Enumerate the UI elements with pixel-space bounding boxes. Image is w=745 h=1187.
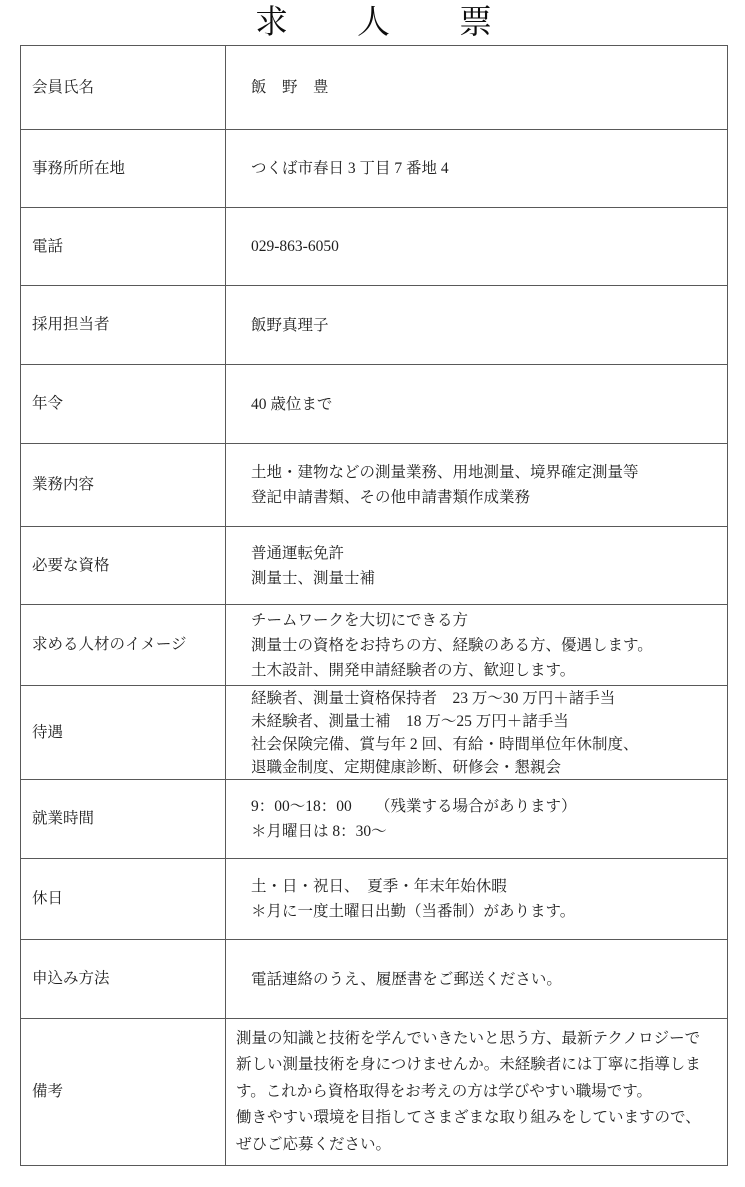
row-value: 飯野真理子 bbox=[226, 286, 727, 364]
value-line: ぜひご応募ください。 bbox=[236, 1132, 719, 1159]
row-value: チームワークを大切にできる方 測量士の資格をお持ちの方、経験のある方、優遇します… bbox=[226, 605, 727, 685]
row-label: 必要な資格 bbox=[21, 527, 226, 604]
row-label: 就業時間 bbox=[21, 780, 226, 858]
value-line: 飯 野 豊 bbox=[251, 75, 719, 100]
value-line: 社会保険完備、賞与年 2 回、有給・時間単位年休制度、 bbox=[251, 733, 719, 756]
value-line: 土木設計、開発申請経験者の方、歓迎します。 bbox=[251, 658, 719, 683]
table-row-desired-candidate: 求める人材のイメージ チームワークを大切にできる方 測量士の資格をお持ちの方、経… bbox=[21, 604, 727, 685]
row-value: 土地・建物などの測量業務、用地測量、境界確定測量等 登記申請書類、その他申請書類… bbox=[226, 444, 727, 526]
value-line: 新しい測量技術を身につけませんか。未経験者には丁寧に指導しま bbox=[236, 1052, 719, 1079]
table-row-age: 年令 40 歳位まで bbox=[21, 364, 727, 443]
job-posting-table: 会員氏名 飯 野 豊 事務所所在地 つくば市春日 3 丁目 7 番地 4 電話 … bbox=[20, 45, 728, 1166]
table-row-job-description: 業務内容 土地・建物などの測量業務、用地測量、境界確定測量等 登記申請書類、その… bbox=[21, 443, 727, 526]
value-line: 土・日・祝日、 夏季・年末年始休暇 bbox=[251, 874, 719, 899]
row-label: 業務内容 bbox=[21, 444, 226, 526]
value-line: チームワークを大切にできる方 bbox=[251, 608, 719, 633]
value-line: す。これから資格取得をお考えの方は学びやすい職場です。 bbox=[236, 1079, 719, 1106]
value-line: 電話連絡のうえ、履歴書をご郵送ください。 bbox=[251, 967, 719, 992]
row-value: 9：00～18：00 （残業する場合があります） ＊月曜日は 8：30～ bbox=[226, 780, 727, 858]
row-label: 休日 bbox=[21, 859, 226, 939]
row-value: 測量の知識と技術を学んでいきたいと思う方、最新テクノロジーで 新しい測量技術を身… bbox=[226, 1019, 727, 1165]
row-value: 電話連絡のうえ、履歴書をご郵送ください。 bbox=[226, 940, 727, 1018]
value-line: 土地・建物などの測量業務、用地測量、境界確定測量等 bbox=[251, 460, 719, 485]
row-label: 待遇 bbox=[21, 686, 226, 779]
value-line: 未経験者、測量士補 18 万～25 万円＋諸手当 bbox=[251, 710, 719, 733]
value-line: 経験者、測量士資格保持者 23 万～30 万円＋諸手当 bbox=[251, 687, 719, 710]
value-line: 40 歳位まで bbox=[251, 392, 719, 417]
row-label: 求める人材のイメージ bbox=[21, 605, 226, 685]
row-value: つくば市春日 3 丁目 7 番地 4 bbox=[226, 130, 727, 207]
row-value: 飯 野 豊 bbox=[226, 46, 727, 129]
value-line: 登記申請書類、その他申請書類作成業務 bbox=[251, 485, 719, 510]
table-row-holidays: 休日 土・日・祝日、 夏季・年末年始休暇 ＊月に一度土曜日出勤（当番制）がありま… bbox=[21, 858, 727, 939]
row-value: 40 歳位まで bbox=[226, 365, 727, 443]
row-value: 普通運転免許 測量士、測量士補 bbox=[226, 527, 727, 604]
table-row-member-name: 会員氏名 飯 野 豊 bbox=[21, 46, 727, 129]
table-row-working-hours: 就業時間 9：00～18：00 （残業する場合があります） ＊月曜日は 8：30… bbox=[21, 779, 727, 858]
value-line: 働きやすい環境を目指してさまざまな取り組みをしていますので、 bbox=[236, 1105, 719, 1132]
table-row-phone: 電話 029-863-6050 bbox=[21, 207, 727, 285]
row-value: 経験者、測量士資格保持者 23 万～30 万円＋諸手当 未経験者、測量士補 18… bbox=[226, 686, 727, 779]
row-label: 申込み方法 bbox=[21, 940, 226, 1018]
value-line: ＊月に一度土曜日出勤（当番制）があります。 bbox=[251, 899, 719, 924]
table-row-recruiter: 採用担当者 飯野真理子 bbox=[21, 285, 727, 364]
row-label: 採用担当者 bbox=[21, 286, 226, 364]
row-label: 備考 bbox=[21, 1019, 226, 1165]
job-posting-document: 求 人 票 会員氏名 飯 野 豊 事務所所在地 つくば市春日 3 丁目 7 番地… bbox=[0, 0, 745, 1187]
row-label: 年令 bbox=[21, 365, 226, 443]
row-value: 土・日・祝日、 夏季・年末年始休暇 ＊月に一度土曜日出勤（当番制）があります。 bbox=[226, 859, 727, 939]
table-row-required-qualifications: 必要な資格 普通運転免許 測量士、測量士補 bbox=[21, 526, 727, 604]
row-value: 029-863-6050 bbox=[226, 208, 727, 285]
table-row-office-address: 事務所所在地 つくば市春日 3 丁目 7 番地 4 bbox=[21, 129, 727, 207]
table-row-application-method: 申込み方法 電話連絡のうえ、履歴書をご郵送ください。 bbox=[21, 939, 727, 1018]
row-label: 事務所所在地 bbox=[21, 130, 226, 207]
value-line: 測量の知識と技術を学んでいきたいと思う方、最新テクノロジーで bbox=[236, 1026, 719, 1053]
row-label: 会員氏名 bbox=[21, 46, 226, 129]
value-line: 飯野真理子 bbox=[251, 313, 719, 338]
table-row-remarks: 備考 測量の知識と技術を学んでいきたいと思う方、最新テクノロジーで 新しい測量技… bbox=[21, 1018, 727, 1165]
row-label: 電話 bbox=[21, 208, 226, 285]
value-line: 測量士、測量士補 bbox=[251, 566, 719, 591]
value-line: ＊月曜日は 8：30～ bbox=[251, 819, 719, 844]
value-line: 029-863-6050 bbox=[251, 234, 719, 259]
value-line: つくば市春日 3 丁目 7 番地 4 bbox=[251, 156, 719, 181]
table-row-compensation: 待遇 経験者、測量士資格保持者 23 万～30 万円＋諸手当 未経験者、測量士補… bbox=[21, 685, 727, 779]
page-title: 求 人 票 bbox=[20, 0, 728, 45]
value-line: 9：00～18：00 （残業する場合があります） bbox=[251, 794, 719, 819]
value-line: 普通運転免許 bbox=[251, 541, 719, 566]
value-line: 退職金制度、定期健康診断、研修会・懇親会 bbox=[251, 756, 719, 779]
value-line: 測量士の資格をお持ちの方、経験のある方、優遇します。 bbox=[251, 633, 719, 658]
